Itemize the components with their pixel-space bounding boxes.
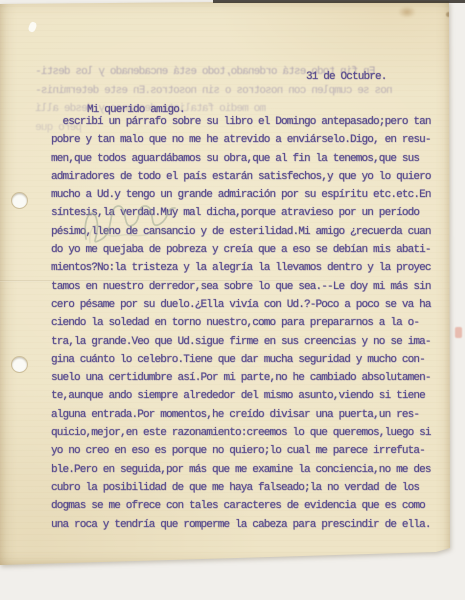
pencil-scribble-mark [78,193,190,251]
typed-line: pobre y tan malo que no me he atrevido a… [51,131,431,149]
scan-top-edge-shadow [213,0,465,3]
scanned-letter-view: En fin todo está ordenado,todo está enca… [0,0,465,600]
typed-line: alguna entrada.Por momentos,he creído di… [51,406,431,424]
bleed-through-line: nos se cumplen con nosotros o sin nosotr… [36,85,393,97]
paper-chip-mark [28,21,38,33]
typed-line: te,aunque ando siempre alrededor del mis… [51,387,431,405]
typed-line: quicio,mejor,en este razonamiento:creemo… [51,424,431,442]
letter-sheet-wrapper: En fin todo está ordenado,todo está enca… [0,0,465,600]
typed-line: ciendo la soledad en torno nuestro,como … [51,314,431,332]
typed-line: admiradores de todo el país estarán sati… [51,168,431,186]
typed-line: escribí un párrafo sobre su libro el Dom… [51,113,431,131]
typed-line: tra,la grande.Veo que Ud.sigue firme en … [51,333,431,351]
letter-body: escribí un párrafo sobre su libro el Dom… [51,113,431,534]
letter-page: En fin todo está ordenado,todo está enca… [0,0,450,566]
punch-hole-bottom [12,357,27,372]
typed-line: gina cuánto lo celebro.Tiene que dar muc… [51,351,431,369]
small-stain-dot [446,12,451,17]
date-line: 31 de Octubre. [306,71,387,83]
typed-line: tamos en nuestro derredor,sea sobre lo q… [51,278,431,296]
typed-line: yo no creo en eso es porque no quiero;lo… [51,442,431,460]
typed-line: dogmas se me ofrece con tales caracteres… [51,497,431,515]
typed-line: cero pésame por su duelo.¿Ella vivía con… [51,296,431,314]
typed-line: ble.Pero en seguida,por más que me exami… [51,461,431,479]
typed-line: una roca y tendría que romperme la cabez… [51,516,431,534]
typed-line: men,que todos aguardábamos su obra,que a… [51,150,431,168]
punch-hole-top [12,193,27,208]
typed-line: suelo una certidumbre así.Por mi parte,n… [51,369,431,387]
typed-line: mientos?No:la tristeza y la alegría la l… [51,259,431,277]
typed-line: cubro la posibilidad de que me haya fals… [51,479,431,497]
fox-stain-spot [398,6,416,18]
